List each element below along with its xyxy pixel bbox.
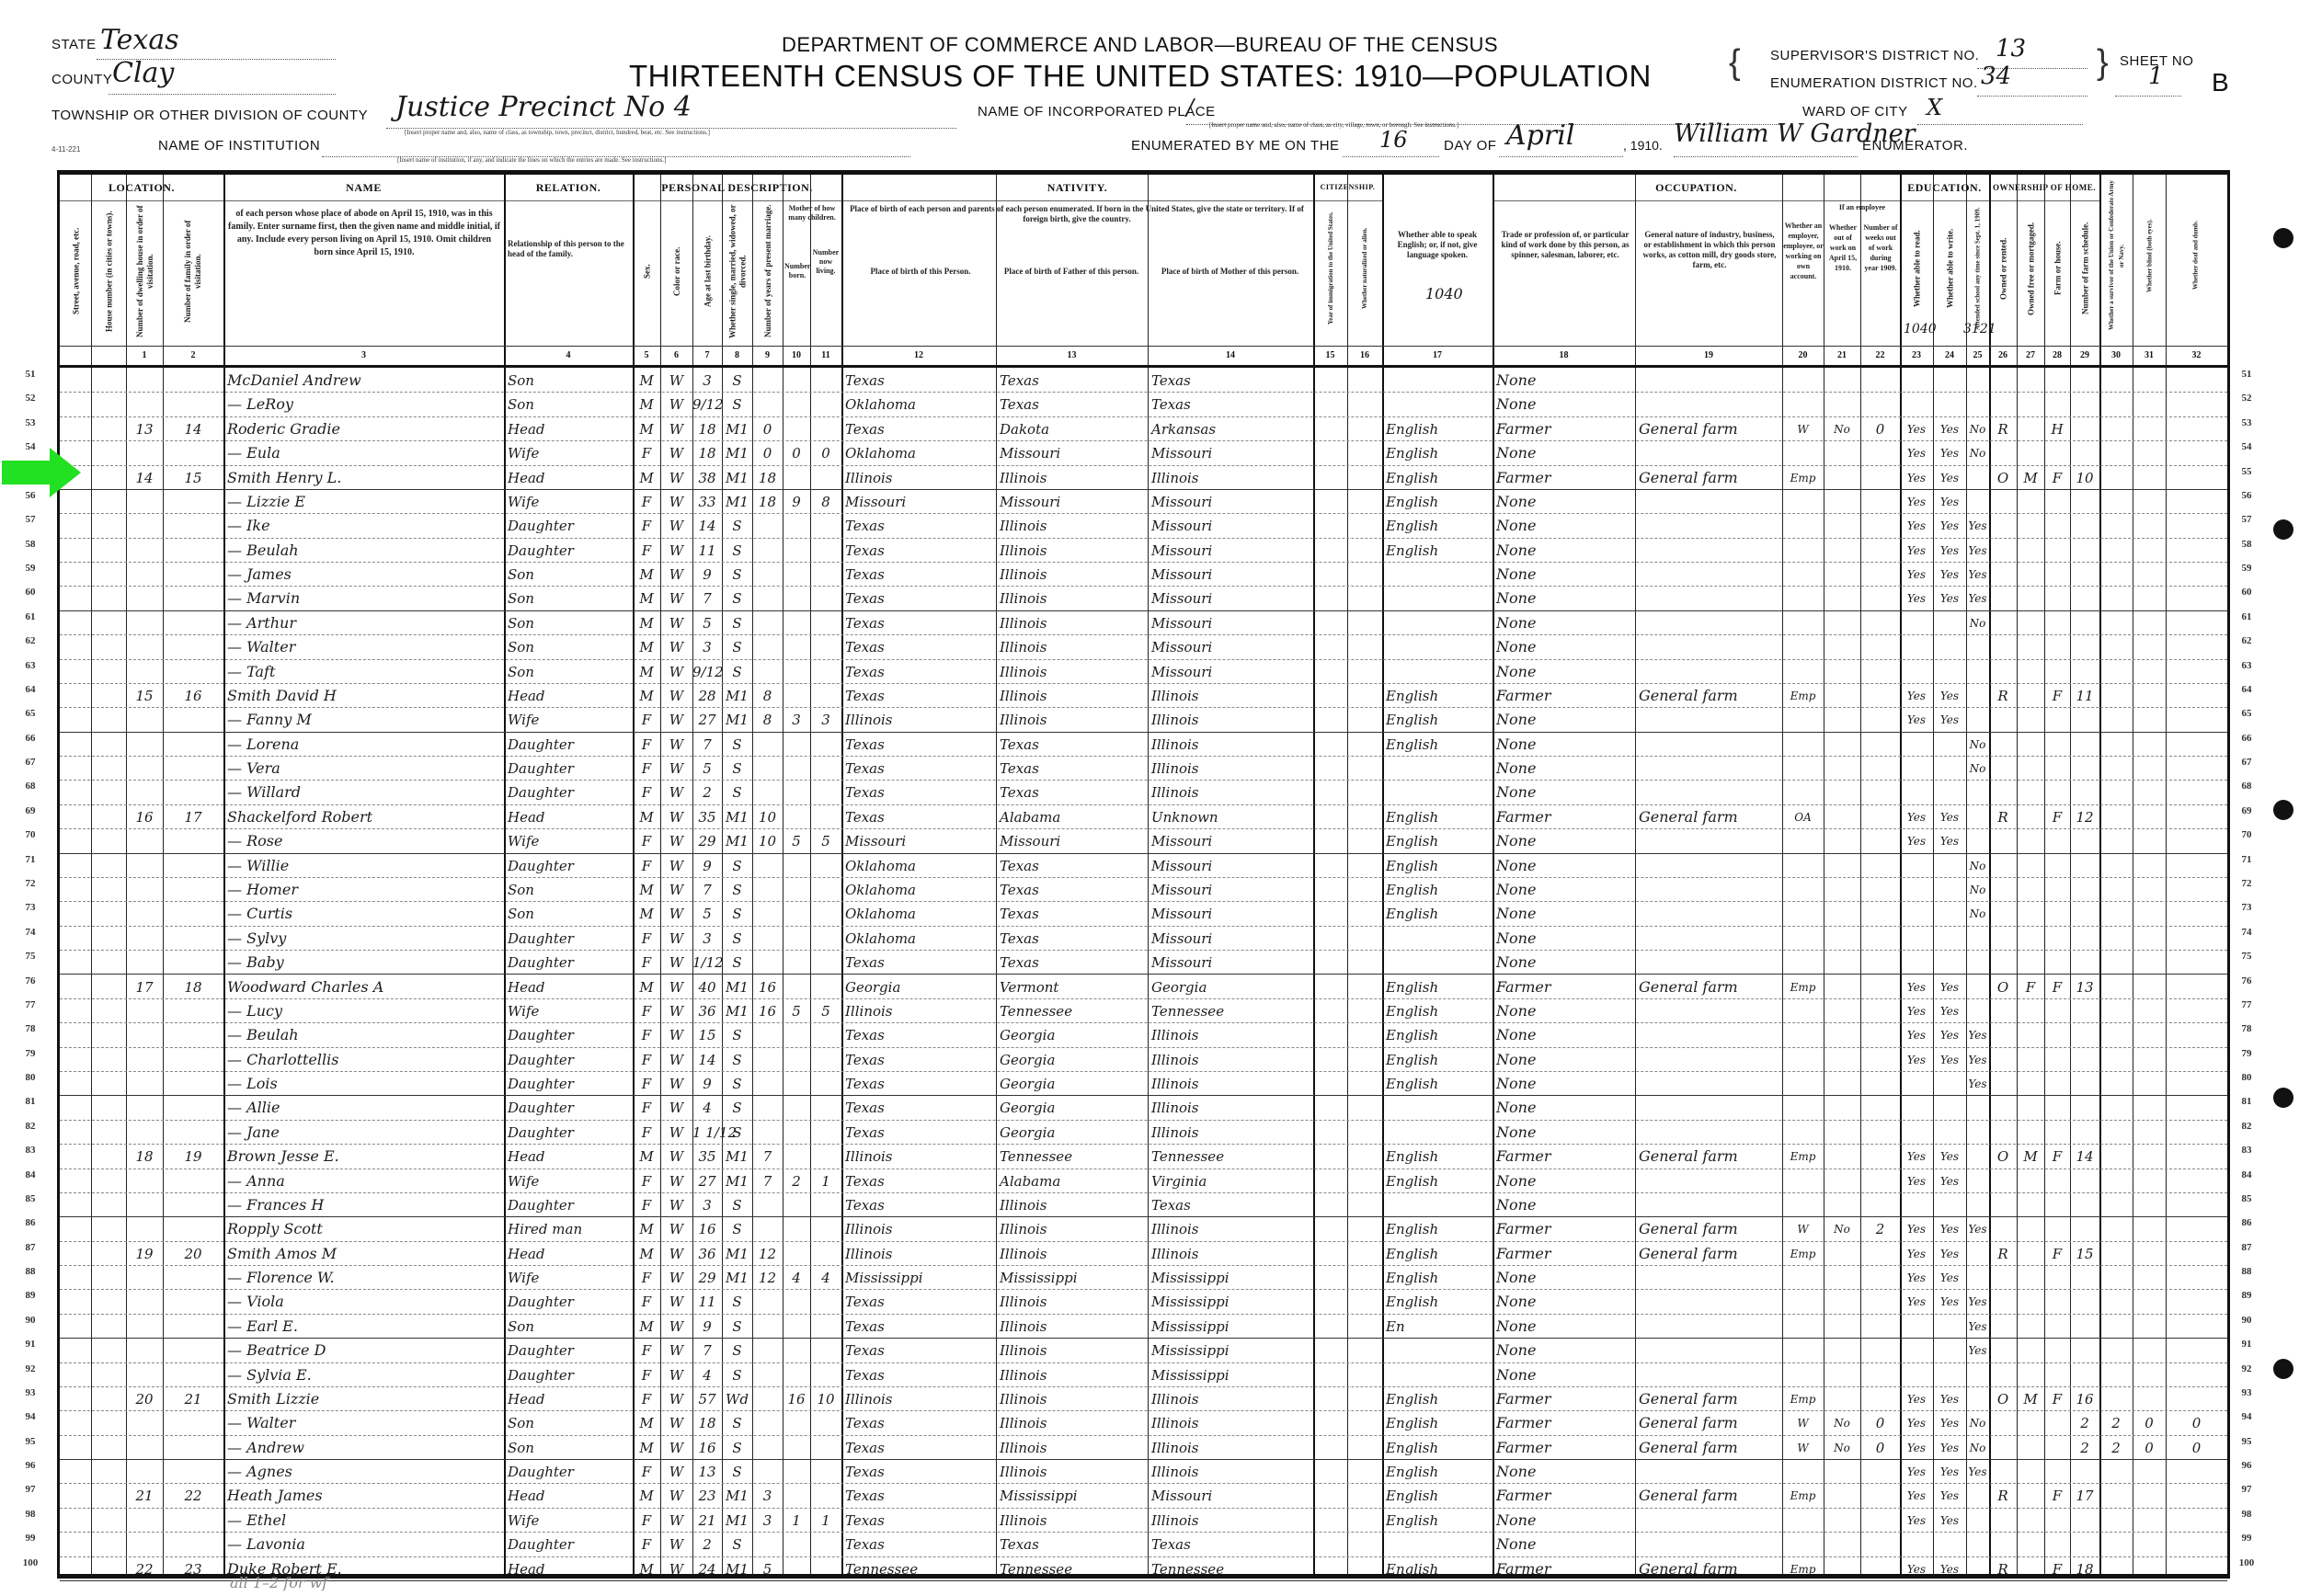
cell-weeks [1860, 756, 1900, 780]
cell-years [752, 610, 783, 634]
cell-mother: Georgia [1151, 975, 1311, 998]
cell-out [1824, 707, 1860, 731]
cell-blind: 0 [2133, 1435, 2166, 1459]
col-living: Number now living. [812, 248, 840, 322]
cell-father: Texas [1000, 756, 1146, 780]
cell-read: Yes [1900, 1289, 1933, 1313]
cell-mother: Missouri [1151, 513, 1311, 537]
cell-read: Yes [1900, 998, 1933, 1022]
cell-farm [2044, 1216, 2070, 1240]
cell-write: Yes [1933, 440, 1966, 464]
cell-weeks [1860, 683, 1900, 707]
line-number: 95 [17, 1436, 44, 1447]
cell-write: Yes [1933, 489, 1966, 513]
cell-industry [1639, 1362, 1780, 1386]
cell-free [2017, 877, 2044, 901]
cell-sex: M [633, 416, 660, 440]
cell-read: Yes [1900, 489, 1933, 513]
cell-deaf [2166, 586, 2227, 610]
cell-marital: M1 [722, 707, 752, 731]
line-number: 85 [17, 1193, 44, 1204]
cell-father: Illinois [1000, 1459, 1146, 1483]
cell-trade: None [1496, 634, 1633, 658]
col-industry: General nature of industry, business, or… [1640, 230, 1779, 294]
cell-years [752, 392, 783, 416]
cell-trade: Farmer [1496, 1241, 1633, 1265]
cell-trade: None [1496, 392, 1633, 416]
cell-write: Yes [1933, 1144, 1966, 1168]
cell-school [1966, 1265, 1989, 1289]
cell-vet [2099, 901, 2133, 925]
cell-color: W [660, 1338, 692, 1362]
cell-age: 33 [692, 489, 722, 513]
cell-trade: Farmer [1496, 1144, 1633, 1168]
cell-read: Yes [1900, 562, 1933, 586]
cell-weeks [1860, 1144, 1900, 1168]
cell-lang: English [1386, 1435, 1491, 1459]
line-number: 56 [2233, 490, 2260, 501]
cell-owned: R [1989, 683, 2017, 707]
cell-owned [1989, 1047, 2017, 1071]
cell-marital: S [722, 368, 752, 392]
cell-age: 18 [692, 416, 722, 440]
cell-owned [1989, 392, 2017, 416]
cell-farm [2044, 1022, 2070, 1046]
column-number [60, 348, 91, 364]
cell-marital: S [722, 392, 752, 416]
cell-lang: English [1386, 1386, 1491, 1410]
cell-birth: Texas [845, 1095, 994, 1119]
cell-mother: Illinois [1151, 756, 1311, 780]
cell-blind [2133, 1095, 2166, 1119]
cell-lang: English [1386, 1483, 1491, 1507]
cell-vet [2099, 1459, 2133, 1483]
day-field: 16 [1343, 138, 1439, 157]
cell-industry: General farm [1639, 1435, 1780, 1459]
col-employer: Whether an employer, employee, or workin… [1783, 221, 1824, 322]
cell-relation: Wife [508, 828, 631, 852]
cell-color: W [660, 1314, 692, 1338]
cell-emp: W [1782, 1410, 1824, 1434]
column-number: 12 [841, 348, 996, 364]
cell-age: 4 [692, 1095, 722, 1119]
cell-weeks [1860, 586, 1900, 610]
cell-living [810, 1047, 841, 1071]
cell-vet [2099, 1265, 2133, 1289]
cell-name: — Willard [227, 780, 502, 804]
cell-born: 3 [783, 707, 810, 731]
cell-farm [2044, 1120, 2070, 1144]
group-relation: RELATION. [504, 175, 633, 201]
cell-vet [2099, 804, 2133, 828]
cell-birth: Texas [845, 416, 994, 440]
cell-born [783, 392, 810, 416]
cell-sched [2070, 440, 2099, 464]
table-row: 1920Smith Amos MHeadMW36M112IllinoisIlli… [60, 1241, 2227, 1265]
line-number: 67 [17, 757, 44, 768]
cell-name: — Charlottellis [227, 1047, 502, 1071]
county-field: Clay [109, 72, 336, 95]
table-row: — EulaWifeFW18M1000OklahomaMissouriMisso… [60, 440, 2227, 464]
cell-sched [2070, 1071, 2099, 1095]
month-field: April [1499, 138, 1623, 157]
cell-lang: English [1386, 1241, 1491, 1265]
line-number: 58 [2233, 539, 2260, 550]
cell-birth: Texas [845, 586, 994, 610]
cell-emp [1782, 780, 1824, 804]
cell-free [2017, 1314, 2044, 1338]
cell-father: Illinois [1000, 465, 1146, 489]
cell-sched [2070, 707, 2099, 731]
cell-birth: Texas [845, 513, 994, 537]
cell-mother: Illinois [1151, 1047, 1311, 1071]
cell-living [810, 392, 841, 416]
column-number: 8 [722, 348, 752, 364]
cell-sched [2070, 877, 2099, 901]
cell-blind [2133, 465, 2166, 489]
cell-color: W [660, 1532, 692, 1556]
cell-color: W [660, 901, 692, 925]
col-age: Age at last birthday. [694, 202, 722, 340]
cell-relation: Head [508, 465, 631, 489]
cell-write: Yes [1933, 804, 1966, 828]
cell-living: 4 [810, 1265, 841, 1289]
cell-age: 2 [692, 1532, 722, 1556]
cell-age: 27 [692, 707, 722, 731]
cell-age: 24 [692, 1556, 722, 1580]
cell-trade: None [1496, 998, 1633, 1022]
line-number: 89 [2233, 1290, 2260, 1301]
cell-family [163, 1047, 223, 1071]
cell-deaf [2166, 853, 2227, 877]
cell-sched [2070, 1338, 2099, 1362]
cell-vet [2099, 1071, 2133, 1095]
cell-years: 8 [752, 707, 783, 731]
cell-years: 16 [752, 975, 783, 998]
cell-relation: Daughter [508, 780, 631, 804]
cell-trade: None [1496, 610, 1633, 634]
line-number: 51 [17, 369, 44, 380]
cell-lang: English [1386, 732, 1491, 756]
table-row: — LeRoySonMW9/12SOklahomaTexasTexasNone [60, 392, 2227, 416]
cell-family [163, 1120, 223, 1144]
cell-dwelling: 20 [126, 1386, 163, 1410]
col-weeks-out: Number of weeks out of work during year … [1862, 222, 1899, 333]
cell-sched [2070, 659, 2099, 683]
cell-industry: General farm [1639, 465, 1780, 489]
cell-weeks [1860, 926, 1900, 950]
cell-years: 5 [752, 1556, 783, 1580]
line-number: 93 [17, 1387, 44, 1398]
line-number: 74 [2233, 927, 2260, 938]
cell-name: — Jane [227, 1120, 502, 1144]
cell-family [163, 513, 223, 537]
table-row: — Beatrice DDaughterFW7STexasIllinoisMis… [60, 1338, 2227, 1362]
cell-birth: Texas [845, 368, 994, 392]
line-number: 88 [17, 1266, 44, 1277]
cell-vet [2099, 1289, 2133, 1313]
cell-deaf [2166, 1508, 2227, 1532]
cell-sched [2070, 1120, 2099, 1144]
department-heading: DEPARTMENT OF COMMERCE AND LABOR—BUREAU … [782, 33, 1498, 57]
line-number: 97 [2233, 1484, 2260, 1495]
cell-name: — Lavonia [227, 1532, 502, 1556]
cell-family: 23 [163, 1556, 223, 1580]
cell-weeks [1860, 853, 1900, 877]
cell-mother: Tennessee [1151, 1556, 1311, 1580]
cell-years [752, 1435, 783, 1459]
cell-free [2017, 416, 2044, 440]
cell-read [1900, 659, 1933, 683]
cell-trade: Farmer [1496, 1483, 1633, 1507]
cell-mother: Missouri [1151, 901, 1311, 925]
cell-owned: R [1989, 416, 2017, 440]
cell-out [1824, 634, 1860, 658]
cell-read: Yes [1900, 707, 1933, 731]
cell-years [752, 926, 783, 950]
cell-free: M [2017, 465, 2044, 489]
cell-name: — Allie [227, 1095, 502, 1119]
cell-read: Yes [1900, 1459, 1933, 1483]
cell-lang: English [1386, 465, 1491, 489]
cell-father: Missouri [1000, 828, 1146, 852]
cell-years [752, 1459, 783, 1483]
cell-read: Yes [1900, 1483, 1933, 1507]
cell-read: Yes [1900, 975, 1933, 998]
cell-free [2017, 586, 2044, 610]
cell-mother: Texas [1151, 392, 1311, 416]
cell-name: — Walter [227, 634, 502, 658]
cell-out: No [1824, 416, 1860, 440]
cell-family [163, 1216, 223, 1240]
cell-farm [2044, 659, 2070, 683]
cell-dwelling [126, 368, 163, 392]
cell-mother: Virginia [1151, 1168, 1311, 1192]
cell-trade: None [1496, 1459, 1633, 1483]
cell-lang: English [1386, 998, 1491, 1022]
column-number: 2 [163, 348, 223, 364]
cell-free [2017, 610, 2044, 634]
cell-family: 15 [163, 465, 223, 489]
cell-read: Yes [1900, 586, 1933, 610]
cell-read [1900, 1362, 1933, 1386]
cell-vet [2099, 926, 2133, 950]
cell-farm [2044, 828, 2070, 852]
cell-read: Yes [1900, 1241, 1933, 1265]
cell-farm [2044, 586, 2070, 610]
cell-weeks [1860, 877, 1900, 901]
cell-color: W [660, 707, 692, 731]
col-veteran: Whether a survivor of the Union or Confe… [2101, 178, 2133, 333]
cell-family [163, 1095, 223, 1119]
cell-dwelling [126, 634, 163, 658]
cell-free [2017, 756, 2044, 780]
cell-free [2017, 1241, 2044, 1265]
cell-weeks [1860, 513, 1900, 537]
cell-mother: Texas [1151, 368, 1311, 392]
cell-living [810, 634, 841, 658]
cell-blind [2133, 926, 2166, 950]
supervisor-label: Supervisor's District No. [1770, 48, 1979, 63]
cell-relation: Daughter [508, 1047, 631, 1071]
cell-out [1824, 610, 1860, 634]
column-number: 30 [2099, 348, 2133, 364]
cell-born [783, 368, 810, 392]
table-row: 1314Roderic GradieHeadMW18M10TexasDakota… [60, 416, 2227, 440]
cell-trade: None [1496, 1047, 1633, 1071]
table-row: 1617Shackelford RobertHeadMW35M110TexasA… [60, 804, 2227, 828]
col-street: Street, avenue, road, etc. [62, 202, 91, 340]
cell-born [783, 1435, 810, 1459]
cell-dwelling: 15 [126, 683, 163, 707]
col-farm: Farm or house. [2046, 204, 2070, 333]
cell-vet [2099, 707, 2133, 731]
cell-emp [1782, 926, 1824, 950]
cell-lang [1386, 1532, 1491, 1556]
cell-free [2017, 1338, 2044, 1362]
cell-marital: S [722, 634, 752, 658]
cell-blind [2133, 1362, 2166, 1386]
cell-relation: Son [508, 368, 631, 392]
table-row: — IkeDaughterFW14STexasIllinoisMissouriE… [60, 513, 2227, 537]
cell-father: Illinois [1000, 1508, 1146, 1532]
cell-father: Dakota [1000, 416, 1146, 440]
cell-marital: M1 [722, 440, 752, 464]
cell-sex: F [633, 538, 660, 562]
cell-father: Illinois [1000, 634, 1146, 658]
cell-marital: S [722, 1338, 752, 1362]
cell-born [783, 1532, 810, 1556]
cell-years [752, 1338, 783, 1362]
cell-free [2017, 1216, 2044, 1240]
cell-blind [2133, 1532, 2166, 1556]
cell-blind [2133, 1216, 2166, 1240]
cell-blind [2133, 392, 2166, 416]
cell-birth: Texas [845, 1168, 994, 1192]
cell-dwelling [126, 586, 163, 610]
cell-sched: 15 [2070, 1241, 2099, 1265]
cell-years [752, 1095, 783, 1119]
punch-hole [2273, 228, 2293, 248]
cell-born [783, 1047, 810, 1071]
cell-weeks [1860, 1241, 1900, 1265]
cell-school: Yes [1966, 1071, 1989, 1095]
cell-relation: Daughter [508, 1289, 631, 1313]
cell-weeks: 2 [1860, 1216, 1900, 1240]
cell-industry [1639, 1314, 1780, 1338]
cell-color: W [660, 1508, 692, 1532]
col-color: Color or race. [662, 202, 692, 340]
cell-vet [2099, 975, 2133, 998]
cell-born: 16 [783, 1386, 810, 1410]
enumerator-field: William W Gardner [1674, 138, 1858, 157]
cell-years [752, 780, 783, 804]
cell-free [2017, 1362, 2044, 1386]
cell-farm [2044, 1168, 2070, 1192]
cell-industry [1639, 1532, 1780, 1556]
cell-sex: M [633, 586, 660, 610]
cell-father: Texas [1000, 732, 1146, 756]
column-number: 21 [1824, 348, 1860, 364]
cell-school [1966, 1168, 1989, 1192]
cell-family [163, 1314, 223, 1338]
cell-free [2017, 1532, 2044, 1556]
cell-blind [2133, 707, 2166, 731]
cell-deaf [2166, 513, 2227, 537]
cell-out [1824, 513, 1860, 537]
cell-living: 0 [810, 440, 841, 464]
cell-years [752, 853, 783, 877]
cell-relation: Daughter [508, 1338, 631, 1362]
cell-living [810, 538, 841, 562]
cell-industry: General farm [1639, 1144, 1780, 1168]
line-number: 100 [2233, 1557, 2260, 1568]
cell-sex: M [633, 392, 660, 416]
cell-birth: Illinois [845, 1386, 994, 1410]
cell-born [783, 1289, 810, 1313]
cell-relation: Son [508, 586, 631, 610]
cell-sex: F [633, 1459, 660, 1483]
cell-mother: Missouri [1151, 634, 1311, 658]
cell-vet [2099, 1047, 2133, 1071]
cell-sched [2070, 1289, 2099, 1313]
cell-marital: S [722, 1532, 752, 1556]
cell-out [1824, 1459, 1860, 1483]
cell-farm [2044, 756, 2070, 780]
cell-color: W [660, 659, 692, 683]
table-row: 2223Duke Robert E.HeadMW24M15TennesseeTe… [60, 1556, 2227, 1580]
column-number: 18 [1493, 348, 1635, 364]
cell-age: 2 [692, 780, 722, 804]
cell-years [752, 1216, 783, 1240]
cell-school: No [1966, 1435, 1989, 1459]
cell-weeks [1860, 440, 1900, 464]
cell-trade: None [1496, 562, 1633, 586]
cell-living [810, 1314, 841, 1338]
cell-school [1966, 1362, 1989, 1386]
cell-living [810, 1192, 841, 1216]
cell-write [1933, 926, 1966, 950]
cell-color: W [660, 1071, 692, 1095]
cell-birth: Texas [845, 1508, 994, 1532]
cell-vet [2099, 634, 2133, 658]
cell-marital: M1 [722, 804, 752, 828]
cell-read: Yes [1900, 416, 1933, 440]
cell-birth: Texas [845, 1047, 994, 1071]
cell-name: — Fanny M [227, 707, 502, 731]
cell-trade: None [1496, 1314, 1633, 1338]
cell-name: — Taft [227, 659, 502, 683]
cell-blind [2133, 1047, 2166, 1071]
col-write: Whether able to write. [1935, 204, 1966, 333]
cell-read [1900, 901, 1933, 925]
cell-farm [2044, 1459, 2070, 1483]
cell-weeks [1860, 489, 1900, 513]
cell-birth: Texas [845, 562, 994, 586]
cell-sex: M [633, 562, 660, 586]
cell-write [1933, 1120, 1966, 1144]
cell-mother: Missouri [1151, 489, 1311, 513]
cell-school: No [1966, 416, 1989, 440]
col-born: Number born. [784, 262, 810, 317]
cell-sched [2070, 1192, 2099, 1216]
cell-blind [2133, 416, 2166, 440]
cell-mother: Illinois [1151, 780, 1311, 804]
cell-free [2017, 926, 2044, 950]
cell-born: 2 [783, 1168, 810, 1192]
township-field: Justice Precinct No 4 [386, 108, 956, 129]
cell-owned [1989, 756, 2017, 780]
